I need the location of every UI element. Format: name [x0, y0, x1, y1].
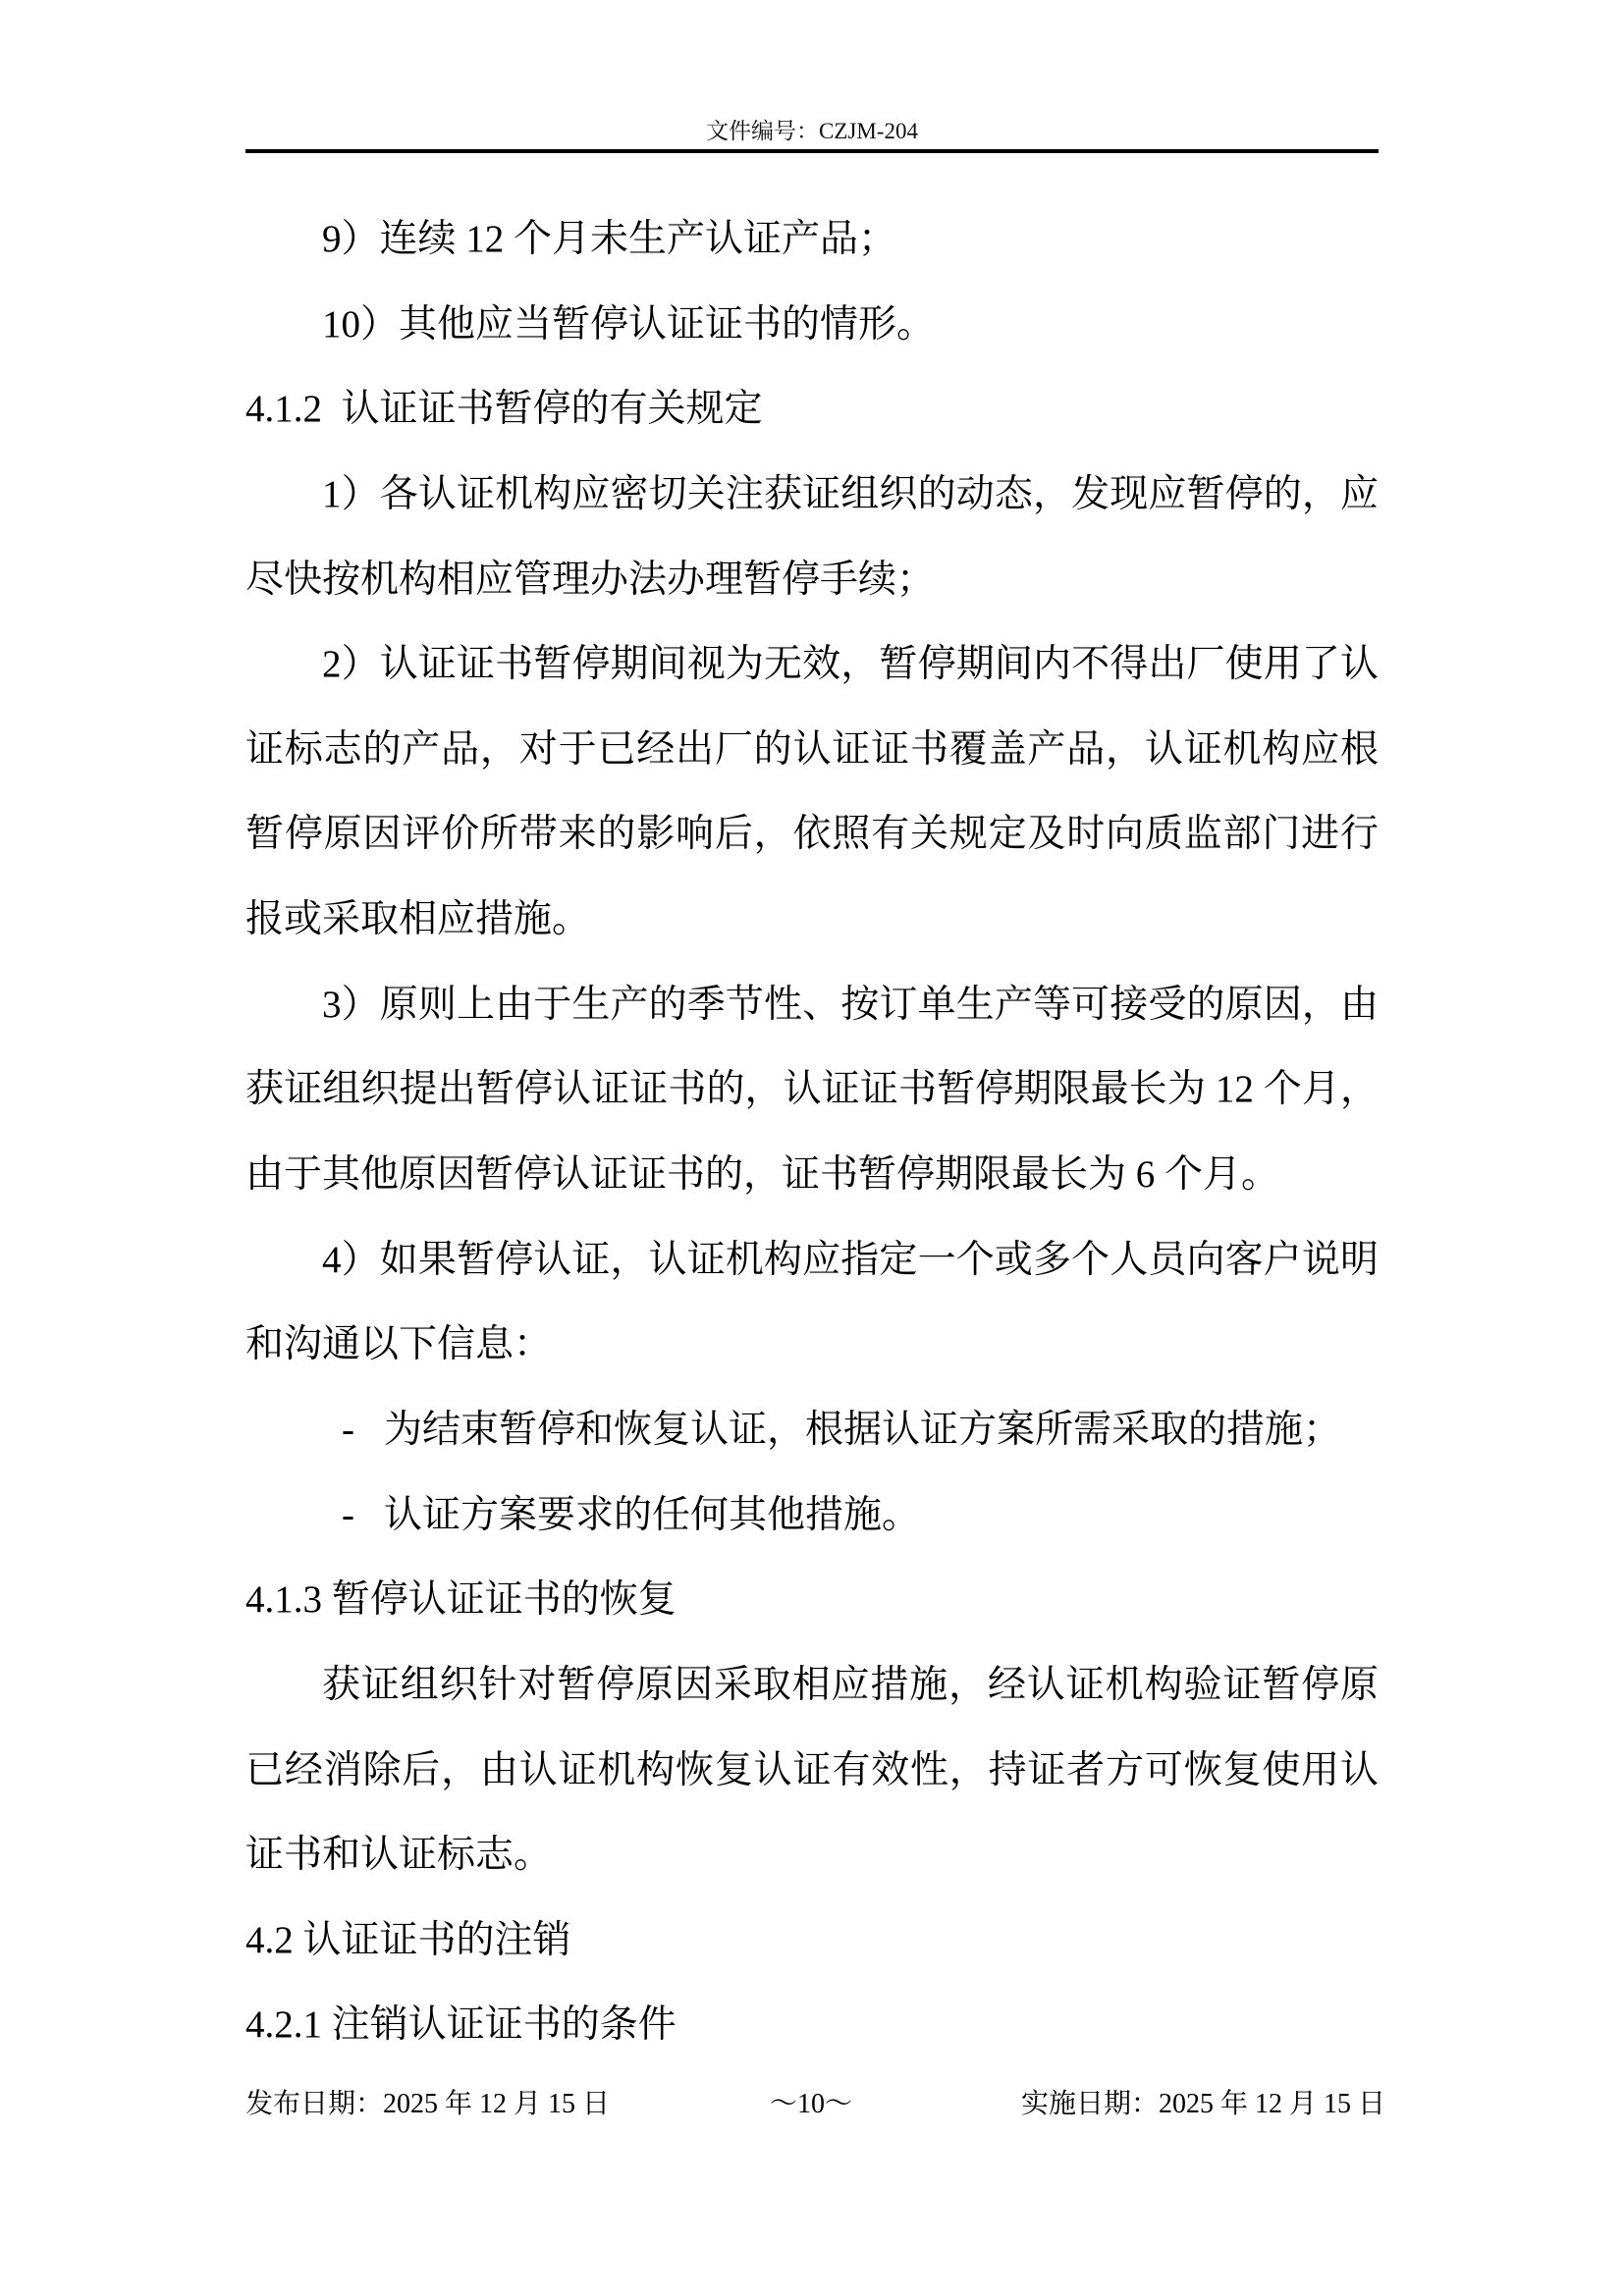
- paragraph-5-line-2: 已经消除后，由认证机构恢复认证有效性，持证者方可恢复使用认证: [245, 1729, 1379, 1814]
- effective-date: 实施日期：2025 年 12 月 15 日: [1021, 2085, 1385, 2123]
- dash-item-2: -认证方案要求的任何其他措施。: [245, 1473, 1379, 1559]
- paragraph-4-line-2: 和沟通以下信息：: [245, 1303, 1379, 1388]
- paragraph-2-line-2: 证标志的产品，对于已经出厂的认证证书覆盖产品，认证机构应根据: [245, 708, 1379, 793]
- document-number: 文件编号：CZJM-204: [245, 116, 1379, 147]
- dash-item-1: -为结束暂停和恢复认证，根据认证方案所需采取的措施；: [245, 1388, 1379, 1473]
- paragraph-1-line-1: 1）各认证机构应密切关注获证组织的动态，发现应暂停的，应: [245, 453, 1379, 538]
- paragraph-1-line-2: 尽快按机构相应管理办法办理暂停手续；: [245, 538, 1379, 623]
- dash-bullet-icon: -: [342, 1473, 384, 1559]
- section-heading-4-1-2: 4.1.2 认证证书暂停的有关规定: [245, 367, 1379, 453]
- paragraph-2-line-1: 2）认证证书暂停期间视为无效，暂停期间内不得出厂使用了认: [245, 622, 1379, 708]
- section-heading-4-2: 4.2 认证证书的注销: [245, 1898, 1379, 1984]
- paragraph-5-line-1: 获证组织针对暂停原因采取相应措施，经认证机构验证暂停原因: [245, 1643, 1379, 1729]
- section-heading-4-1-3: 4.1.3 暂停认证证书的恢复: [245, 1558, 1379, 1643]
- list-item-10: 10）其他应当暂停认证证书的情形。: [245, 283, 1379, 368]
- paragraph-3-line-3: 由于其他原因暂停认证证书的，证书暂停期限最长为 6 个月。: [245, 1133, 1379, 1218]
- paragraph-2-line-3: 暂停原因评价所带来的影响后，依照有关规定及时向质监部门进行通: [245, 792, 1379, 878]
- publish-date: 发布日期：2025 年 12 月 15 日: [245, 2085, 638, 2123]
- paragraph-3-line-2: 获证组织提出暂停认证证书的，认证证书暂停期限最长为 12 个月，: [245, 1047, 1379, 1133]
- paragraph-5-line-3: 证书和认证标志。: [245, 1813, 1379, 1898]
- paragraph-2-line-4: 报或采取相应措施。: [245, 878, 1379, 963]
- list-item-9: 9）连续 12 个月未生产认证产品；: [245, 197, 1379, 283]
- header-divider: [245, 149, 1379, 153]
- page-number: ～10～: [770, 2085, 852, 2123]
- dash-item-text: 为结束暂停和恢复认证，根据认证方案所需采取的措施；: [384, 1409, 1341, 1451]
- paragraph-4-line-1: 4）如果暂停认证，认证机构应指定一个或多个人员向客户说明: [245, 1218, 1379, 1304]
- document-body: 9）连续 12 个月未生产认证产品； 10）其他应当暂停认证证书的情形。 4.1…: [245, 197, 1379, 2068]
- paragraph-3-line-1: 3）原则上由于生产的季节性、按订单生产等可接受的原因，由: [245, 963, 1379, 1048]
- section-heading-4-2-1: 4.2.1 注销认证证书的条件: [245, 1983, 1379, 2068]
- dash-item-text: 认证方案要求的任何其他措施。: [384, 1494, 920, 1536]
- dash-bullet-icon: -: [342, 1388, 384, 1473]
